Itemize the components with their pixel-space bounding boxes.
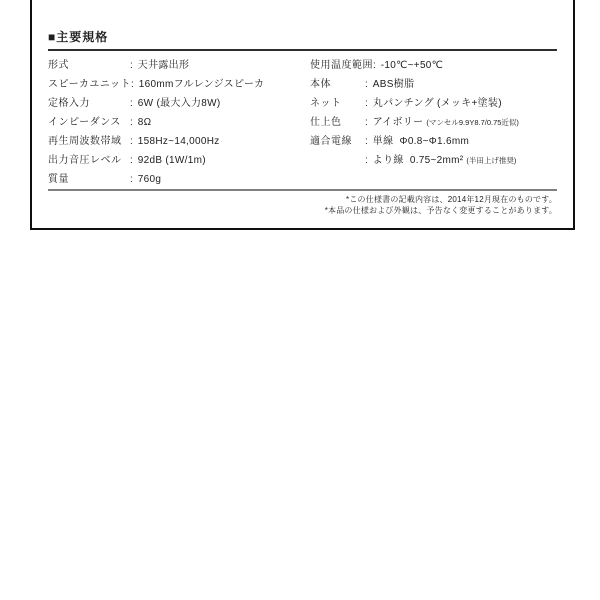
spec-value: 8Ω [138,113,152,132]
spec-row-body-material: 本体 : ABS樹脂 [310,75,557,94]
spec-colon: : [365,132,368,151]
spec-value: 158Hz~14,000Hz [138,132,220,151]
spec-colon: : [365,75,368,94]
spec-label: 質量 [48,170,130,189]
spec-row-compatible-wire-stranded: : より線 0.75~2mm² (半田上げ推奨) [310,151,557,170]
spec-row-keishiki: 形式 : 天井露出形 [48,56,310,75]
spec-sheet-content: ■主要規格 形式 : 天井露出形 スピーカユニット : 160mmフルレンジスピ… [32,30,573,216]
spec-row-compatible-wire-solid: 適合電線 : 単線 Φ0.8~Φ1.6mm [310,132,557,151]
spec-row-rated-input: 定格入力 : 6W (最大入力8W) [48,94,310,113]
spec-label: 本体 [310,75,365,94]
footnotes: *この仕様書の記載内容は、2014年12月現在のものです。 *本品の仕様および外… [48,195,557,216]
spec-row-operating-temp: 使用温度範囲 : -10℃~+50℃ [310,56,557,75]
spec-value: 160mmフルレンジスピーカ [139,75,265,94]
spec-column-right: 使用温度範囲 : -10℃~+50℃ 本体 : ABS樹脂 ネット : 丸パンチ… [310,56,557,189]
spec-value: アイボリー [373,113,424,132]
spec-value: 丸パンチング (メッキ+塗装) [373,94,502,113]
spec-colon: : [130,151,133,170]
footnote-line: *この仕様書の記載内容は、2014年12月現在のものです。 [48,195,557,206]
spec-colon: : [373,56,376,75]
spec-label: スピーカユニット [48,75,131,94]
spec-value: 天井露出形 [138,56,190,75]
spec-row-weight: 質量 : 760g [48,170,310,189]
spec-note: (マンセル9.9Y8.7/0.75近似) [426,113,519,132]
spec-value: ABS樹脂 [373,75,415,94]
spec-label: 適合電線 [310,132,365,151]
spec-label: 定格入力 [48,94,130,113]
spec-colon: : [130,113,133,132]
spec-value: 6W (最大入力8W) [138,94,221,113]
spec-colon: : [130,132,133,151]
spec-row-impedance: インピーダンス : 8Ω [48,113,310,132]
spec-label: 出力音圧レベル [48,151,130,170]
spec-row-output-spl: 出力音圧レベル : 92dB (1W/1m) [48,151,310,170]
spec-table: 形式 : 天井露出形 スピーカユニット : 160mmフルレンジスピーカ 定格入… [48,56,557,189]
spec-colon: : [130,94,133,113]
footnote-line: *本品の仕様および外観は、予告なく変更することがあります。 [48,206,557,217]
spec-row-net: ネット : 丸パンチング (メッキ+塗装) [310,94,557,113]
spec-label: 仕上色 [310,113,365,132]
spec-note: (半田上げ推奨) [466,151,516,170]
spec-sheet-box: ■主要規格 形式 : 天井露出形 スピーカユニット : 160mmフルレンジスピ… [30,0,575,230]
spec-label: インピーダンス [48,113,130,132]
spec-label: 形式 [48,56,130,75]
title-divider [48,49,557,51]
spec-row-speaker-unit: スピーカユニット : 160mmフルレンジスピーカ [48,75,310,94]
spec-colon: : [365,94,368,113]
spec-column-left: 形式 : 天井露出形 スピーカユニット : 160mmフルレンジスピーカ 定格入… [48,56,310,189]
spec-label: 使用温度範囲 [310,56,373,75]
spec-value: 92dB (1W/1m) [138,151,206,170]
spec-value: 760g [138,170,161,189]
spec-colon: : [365,151,368,170]
spec-label: 再生周波数帯域 [48,132,130,151]
spec-colon: : [130,56,133,75]
section-title: ■主要規格 [48,30,557,44]
spec-label: ネット [310,94,365,113]
spec-row-frequency-range: 再生周波数帯域 : 158Hz~14,000Hz [48,132,310,151]
spec-value: より線 0.75~2mm² [373,151,464,170]
spec-value: -10℃~+50℃ [381,56,443,75]
spec-row-finish-color: 仕上色 : アイボリー (マンセル9.9Y8.7/0.75近似) [310,113,557,132]
spec-colon: : [365,113,368,132]
spec-value: 単線 Φ0.8~Φ1.6mm [373,132,469,151]
spec-colon: : [130,170,133,189]
footer-divider [48,189,557,191]
spec-colon: : [131,75,134,94]
